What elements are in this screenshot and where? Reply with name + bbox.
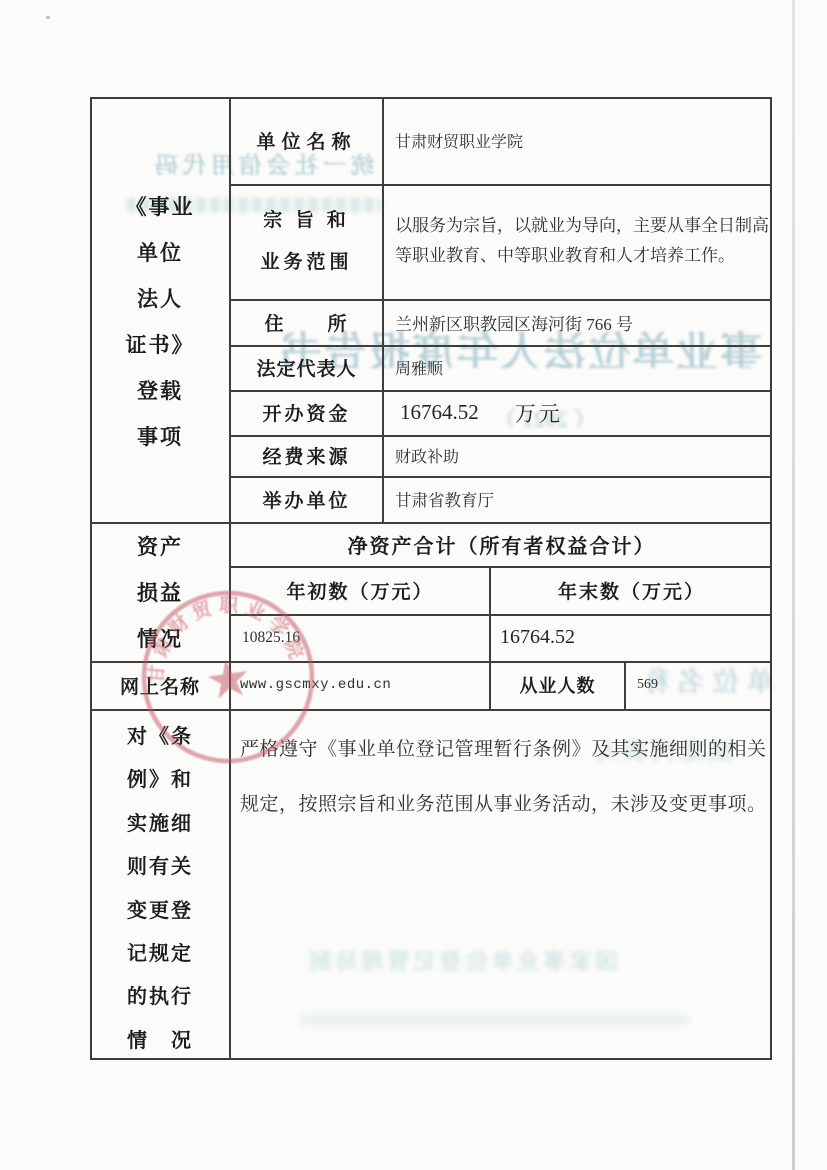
- cert-side-label-line: 单位: [90, 230, 230, 276]
- scan-speck: [46, 16, 50, 19]
- cert-side-label-line: 证书》: [90, 322, 230, 368]
- compliance-side-label-line: 则有关: [90, 846, 230, 889]
- compliance-side-label-line: 的执行: [90, 976, 230, 1019]
- funding-value: 财政补助: [395, 435, 765, 476]
- mission-label-line2: 业务范围: [231, 239, 382, 281]
- legal-rep-value: 周雅顺: [395, 345, 765, 390]
- compliance-side-label-line: 情 况: [90, 1020, 230, 1063]
- address-value: 兰州新区职教园区海河街 766 号: [395, 299, 765, 345]
- table-line: [229, 184, 772, 186]
- capital-unit: 万元: [515, 398, 563, 428]
- compliance-side-label-line: 记规定: [90, 933, 230, 976]
- unit-name-value: 甘肃财贸职业学院: [395, 97, 765, 184]
- cert-side-label-line: 事项: [90, 414, 230, 460]
- staff-count-value: 569: [637, 661, 767, 709]
- cert-side-label-line: 《事业: [90, 184, 230, 230]
- document-page: 统一社会信用代码 事业单位法人年度报告书 （ 2021 ） 单位名称 法定代表人…: [0, 0, 827, 1170]
- mission-value-line: 以服务为宗旨，以就业为导向，主要从事全日制高: [395, 211, 770, 241]
- mission-label-line1: 宗 旨 和: [231, 197, 382, 239]
- capital-label: 开办资金: [231, 390, 382, 435]
- assets-end-value: 16764.52: [500, 614, 760, 661]
- mission-value-line: 等职业教育、中等职业教育和人才培养工作。: [395, 241, 770, 271]
- capital-value: 16764.52: [400, 400, 479, 425]
- table-line: [382, 97, 384, 523]
- staff-count-label: 从业人数: [491, 661, 624, 709]
- address-label: 住 所: [231, 299, 382, 345]
- assets-side-label-line: 资产: [90, 524, 230, 570]
- assets-end-label: 年末数（万元）: [491, 566, 772, 614]
- compliance-side-label-line: 实施细: [90, 803, 230, 846]
- mission-value: 以服务为宗旨，以就业为导向，主要从事全日制高 等职业教育、中等职业教育和人才培养…: [395, 211, 770, 270]
- unit-name-label: 单位名称: [231, 97, 382, 184]
- cert-side-label: 《事业 单位 法人 证书》 登载 事项: [90, 184, 230, 460]
- cert-side-label-line: 登载: [90, 368, 230, 414]
- compliance-side-label-line: 变更登: [90, 890, 230, 933]
- capital-value-cell: 16764.52 万元: [400, 390, 765, 435]
- scan-edge-shadow: [792, 0, 795, 1170]
- cert-side-label-line: 法人: [90, 276, 230, 322]
- assets-total-header: 净资产合计（所有者权益合计）: [231, 522, 772, 566]
- table-line: [624, 661, 626, 710]
- funding-label: 经费来源: [231, 435, 382, 476]
- organizer-value: 甘肃省教育厅: [395, 476, 765, 522]
- compliance-value-line: 规定，按照宗旨和业务范围从事业务活动，未涉及变更事项。: [240, 777, 768, 832]
- seal-star-icon: ★: [201, 649, 255, 712]
- organizer-label: 举办单位: [231, 476, 382, 522]
- legal-rep-label: 法定代表人: [231, 345, 382, 390]
- official-seal: 甘肃财贸职业学院 ★: [121, 570, 336, 785]
